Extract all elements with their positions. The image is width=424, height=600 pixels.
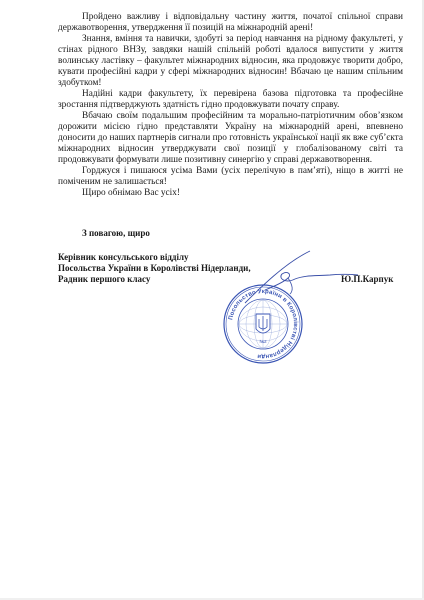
paragraph: Надійні кадри факультету, їх перевірена … <box>58 89 403 111</box>
paragraph: Вбачаю своїм подальшим професійним та мо… <box>58 111 403 166</box>
closing-phrase: З повагою, щиро <box>82 228 150 238</box>
paragraph: Знання, вміння та навички, здобуті за пе… <box>58 34 403 89</box>
paragraph: Горджуся і пишаюся усіма Вами (усіх пере… <box>58 166 403 188</box>
signer-title-line: Керівник консульського відділу <box>58 252 251 263</box>
document-page: Пройдено важливу і відповідальну частину… <box>0 0 424 600</box>
signer-title-block: Керівник консульського відділу Посольств… <box>58 252 251 285</box>
paragraph: Щиро обнімаю Вас усіх! <box>58 188 403 199</box>
letter-body: Пройдено важливу і відповідальну частину… <box>58 12 403 199</box>
handwritten-signature-icon <box>230 248 360 308</box>
signer-title-line: Посольства України в Королівстві Нідерла… <box>58 263 251 274</box>
paragraph: Пройдено важливу і відповідальну частину… <box>58 12 403 34</box>
svg-text:№2: №2 <box>259 339 267 344</box>
